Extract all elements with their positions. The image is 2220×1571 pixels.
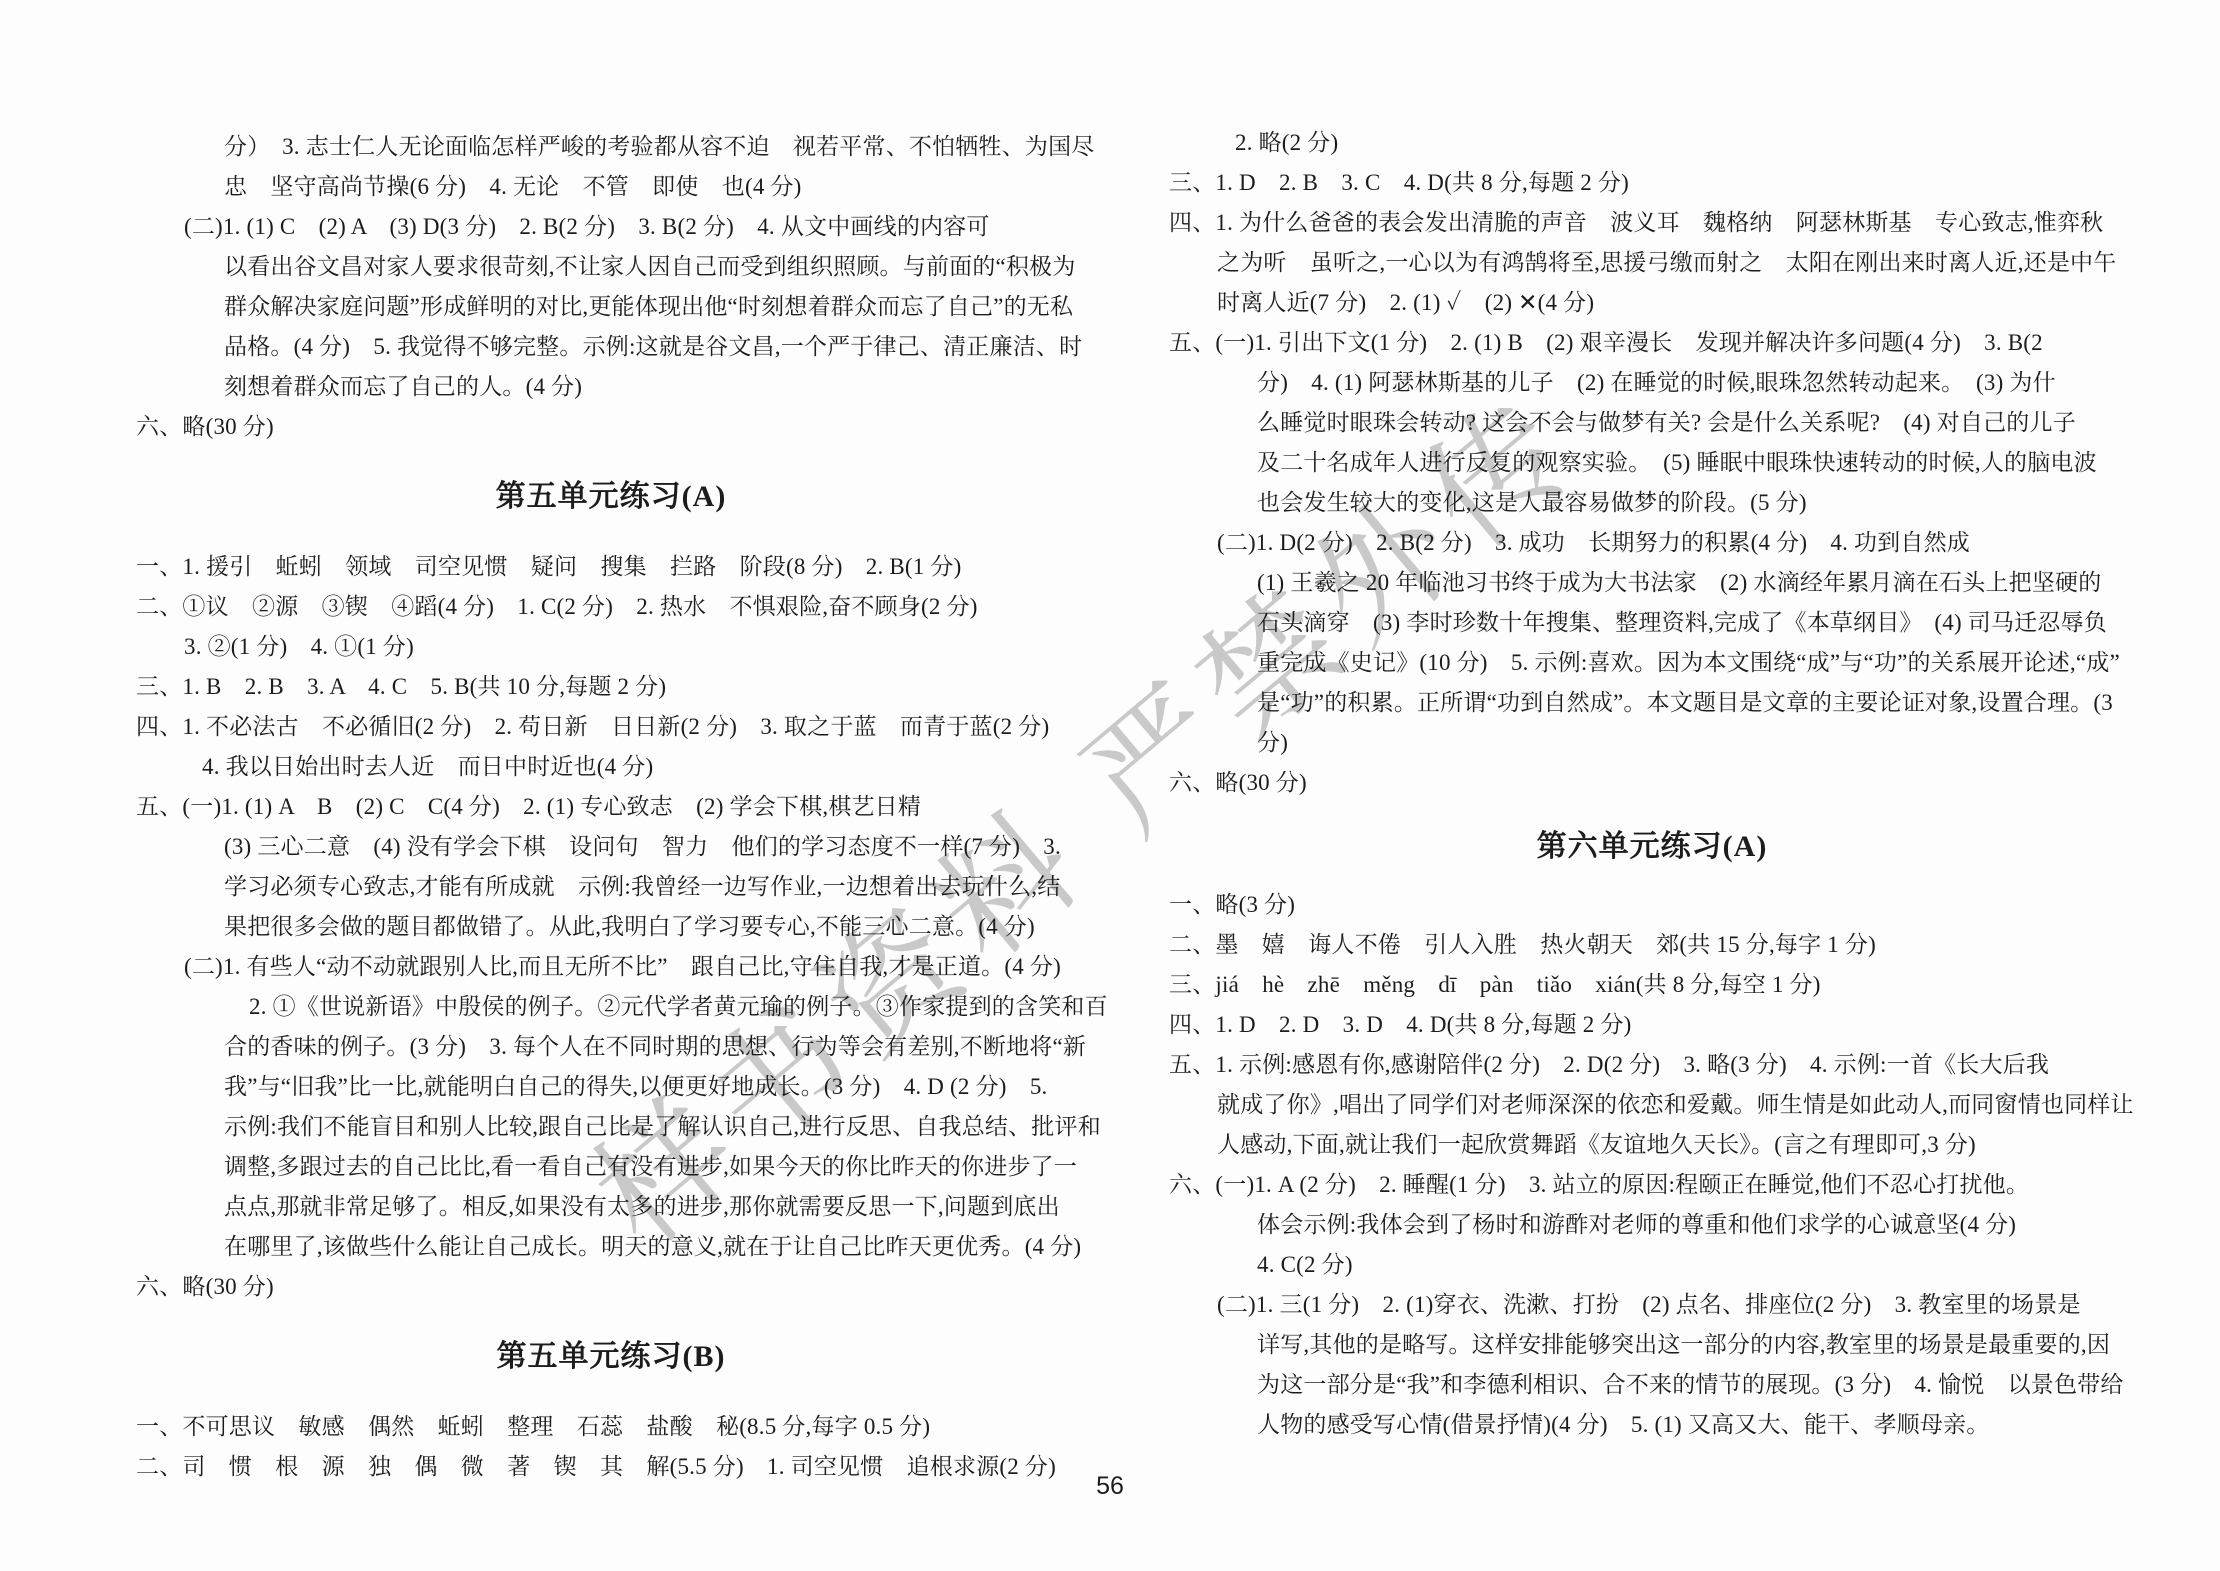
answer-line: 群众解决家庭问题”形成鲜明的对比,更能体现出他“时刻想着群众而忘了自己”的无私 — [136, 287, 1086, 327]
answer-line: 2. ①《世说新语》中殷侯的例子。②元代学者黄元瑜的例子。③作家提到的含笑和百 — [136, 987, 1086, 1027]
answer-line: 果把很多会做的题目都做错了。从此,我明白了学习要专心,不能三心二意。(4 分) — [136, 907, 1086, 947]
answer-line: 人物的感受写心情(借景抒情)(4 分) 5. (1) 又高又大、能干、孝顺母亲。 — [1169, 1405, 2135, 1445]
answer-line: 一、不可思议 敏感 偶然 蚯蚓 整理 石蕊 盐酸 秘(8.5 分,每字 0.5 … — [136, 1407, 1086, 1447]
section-heading: 第五单元练习(B) — [136, 1337, 1086, 1377]
answer-line: 4. C(2 分) — [1169, 1245, 2135, 1285]
right-column: 2. 略(2 分)三、1. D 2. B 3. C 4. D(共 8 分,每题 … — [1169, 123, 2135, 1445]
answer-line: 四、1. D 2. D 3. D 4. D(共 8 分,每题 2 分) — [1169, 1005, 2135, 1045]
answer-line: 在哪里了,该做些什么能让自己成长。明天的意义,就在于让自己比昨天更优秀。(4 分… — [136, 1227, 1086, 1267]
answer-line: 重完成《史记》(10 分) 5. 示例:喜欢。因为本文围绕“成”与“功”的关系展… — [1169, 643, 2135, 683]
answer-line: 是“功”的积累。正所谓“功到自然成”。本文题目是文章的主要论证对象,设置合理。(… — [1169, 683, 2135, 723]
answer-line: 示例:我们不能盲目和别人比较,跟自己比是了解认识自己,进行反思、自我总结、批评和 — [136, 1107, 1086, 1147]
page-number: 56 — [0, 1472, 2220, 1501]
answer-line: (二)1. (1) C (2) A (3) D(3 分) 2. B(2 分) 3… — [136, 207, 1086, 247]
answer-line: 学习必须专心致志,才能有所成就 示例:我曾经一边写作业,一边想着出去玩什么,结 — [136, 867, 1086, 907]
answer-line: 六、(一)1. A (2 分) 2. 睡醒(1 分) 3. 站立的原因:程颐正在… — [1169, 1165, 2135, 1205]
answer-line: 就成了你》,唱出了同学们对老师深深的依恋和爱戴。师生情是如此动人,而同窗情也同样… — [1169, 1085, 2135, 1125]
section-heading: 第六单元练习(A) — [1169, 827, 2135, 867]
answer-line: 六、略(30 分) — [136, 407, 1086, 447]
answer-line: 体会示例:我体会到了杨时和游酢对老师的尊重和他们求学的心诚意坚(4 分) — [1169, 1205, 2135, 1245]
answer-line: 么睡觉时眼珠会转动? 这会不会与做梦有关? 会是什么关系呢? (4) 对自己的儿… — [1169, 403, 2135, 443]
answer-line: 三、jiá hè zhē měng dī pàn tiǎo xián(共 8 分… — [1169, 965, 2135, 1005]
answer-line: 五、(一)1. (1) A B (2) C C(4 分) 2. (1) 专心致志… — [136, 787, 1086, 827]
answer-line: 分) — [1169, 723, 2135, 763]
answer-line: 时离人近(7 分) 2. (1) ✓ (2) ✕(4 分) — [1169, 283, 2135, 323]
answer-line: (二)1. D(2 分) 2. B(2 分) 3. 成功 长期努力的积累(4 分… — [1169, 523, 2135, 563]
answer-line: 刻想着群众而忘了自己的人。(4 分) — [136, 367, 1086, 407]
answer-line: 石头滴穿 (3) 李时珍数十年搜集、整理资料,完成了《本草纲目》 (4) 司马迁… — [1169, 603, 2135, 643]
answer-line: 分) 4. (1) 阿瑟林斯基的儿子 (2) 在睡觉的时候,眼珠忽然转动起来。 … — [1169, 363, 2135, 403]
answer-line: 二、墨 嬉 诲人不倦 引人入胜 热火朝天 郊(共 15 分,每字 1 分) — [1169, 925, 2135, 965]
answer-line: 3. ②(1 分) 4. ①(1 分) — [136, 627, 1086, 667]
answer-line: 品格。(4 分) 5. 我觉得不够完整。示例:这就是谷文昌,一个严于律己、清正廉… — [136, 327, 1086, 367]
answer-line: 为这一部分是“我”和李德利相识、合不来的情节的展现。(3 分) 4. 愉悦 以景… — [1169, 1365, 2135, 1405]
left-column: 分） 3. 志士仁人无论面临怎样严峻的考验都从容不迫 视若平常、不怕牺牲、为国尽… — [136, 127, 1086, 1487]
answer-line: 六、略(30 分) — [1169, 763, 2135, 803]
answer-line: 合的香味的例子。(3 分) 3. 每个人在不同时期的思想、行为等会有差别,不断地… — [136, 1027, 1086, 1067]
answer-line: 四、1. 不必法古 不必循旧(2 分) 2. 苟日新 日日新(2 分) 3. 取… — [136, 707, 1086, 747]
answer-line: 分） 3. 志士仁人无论面临怎样严峻的考验都从容不迫 视若平常、不怕牺牲、为国尽 — [136, 127, 1086, 167]
answer-line: 五、1. 示例:感恩有你,感谢陪伴(2 分) 2. D(2 分) 3. 略(3 … — [1169, 1045, 2135, 1085]
answer-line: 一、1. 援引 蚯蚓 领域 司空见惯 疑问 搜集 拦路 阶段(8 分) 2. B… — [136, 547, 1086, 587]
answer-line: 三、1. D 2. B 3. C 4. D(共 8 分,每题 2 分) — [1169, 163, 2135, 203]
answer-line: 也会发生较大的变化,这是人最容易做梦的阶段。(5 分) — [1169, 483, 2135, 523]
answer-line: 以看出谷文昌对家人要求很苛刻,不让家人因自己而受到组织照顾。与前面的“积极为 — [136, 247, 1086, 287]
answer-line: 调整,多跟过去的自己比比,看一看自己有没有进步,如果今天的你比昨天的你进步了一 — [136, 1147, 1086, 1187]
answer-line: 及二十名成年人进行反复的观察实验。 (5) 睡眠中眼珠快速转动的时候,人的脑电波 — [1169, 443, 2135, 483]
answer-line: 五、(一)1. 引出下文(1 分) 2. (1) B (2) 艰辛漫长 发现并解… — [1169, 323, 2135, 363]
answer-line: 四、1. 为什么爸爸的表会发出清脆的声音 波义耳 魏格纳 阿瑟林斯基 专心致志,… — [1169, 203, 2135, 243]
answer-line: 4. 我以日始出时去人近 而日中时近也(4 分) — [136, 747, 1086, 787]
section-heading: 第五单元练习(A) — [136, 477, 1086, 517]
answer-line: 三、1. B 2. B 3. A 4. C 5. B(共 10 分,每题 2 分… — [136, 667, 1086, 707]
answer-line: 点点,那就非常足够了。相反,如果没有太多的进步,那你就需要反思一下,问题到底出 — [136, 1187, 1086, 1227]
answer-line: 我”与“旧我”比一比,就能明白自己的得失,以便更好地成长。(3 分) 4. D … — [136, 1067, 1086, 1107]
answer-line: 六、略(30 分) — [136, 1267, 1086, 1307]
answer-key-page: 样书资料 严禁外传 分） 3. 志士仁人无论面临怎样严峻的考验都从容不迫 视若平… — [0, 0, 2220, 1571]
answer-line: 一、略(3 分) — [1169, 885, 2135, 925]
answer-line: (二)1. 三(1 分) 2. (1)穿衣、洗漱、打扮 (2) 点名、排座位(2… — [1169, 1285, 2135, 1325]
answer-line: (3) 三心二意 (4) 没有学会下棋 设问句 智力 他们的学习态度不一样(7 … — [136, 827, 1086, 867]
answer-line: (1) 王羲之 20 年临池习书终于成为大书法家 (2) 水滴经年累月滴在石头上… — [1169, 563, 2135, 603]
answer-line: (二)1. 有些人“动不动就跟别人比,而且无所不比” 跟自己比,守住自我,才是正… — [136, 947, 1086, 987]
answer-line: 2. 略(2 分) — [1169, 123, 2135, 163]
answer-line: 忠 坚守高尚节操(6 分) 4. 无论 不管 即使 也(4 分) — [136, 167, 1086, 207]
answer-line: 二、①议 ②源 ③锲 ④蹈(4 分) 1. C(2 分) 2. 热水 不惧艰险,… — [136, 587, 1086, 627]
answer-line: 详写,其他的是略写。这样安排能够突出这一部分的内容,教室里的场景是最重要的,因 — [1169, 1325, 2135, 1365]
answer-line: 人感动,下面,就让我们一起欣赏舞蹈《友谊地久天长》。(言之有理即可,3 分) — [1169, 1125, 2135, 1165]
answer-line: 之为听 虽听之,一心以为有鸿鹄将至,思援弓缴而射之 太阳在刚出来时离人近,还是中… — [1169, 243, 2135, 283]
